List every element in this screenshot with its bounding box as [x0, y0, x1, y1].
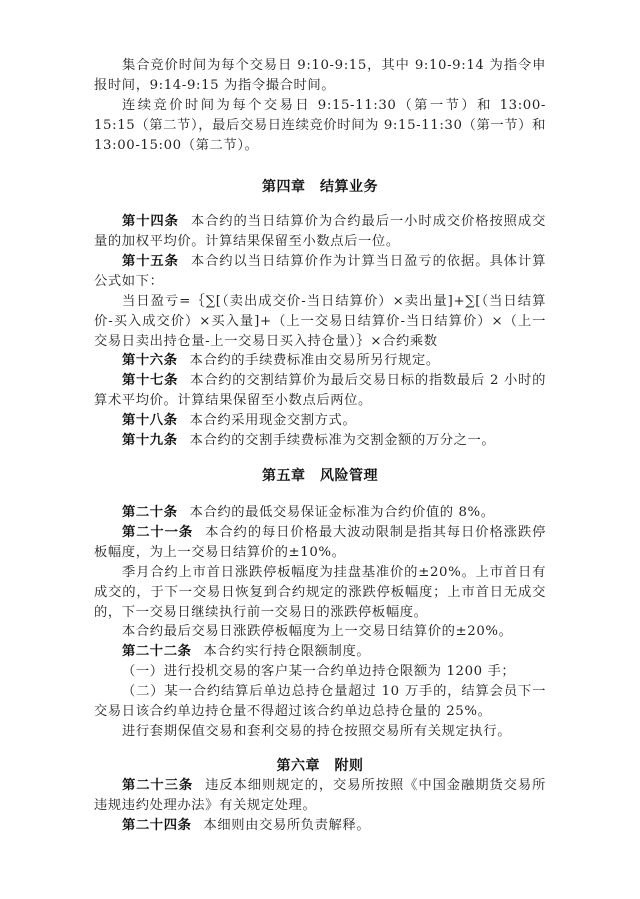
continuous-auction-paragraph: 连续竞价时间为每个交易日 9:15-11:30（第一节）和 13:00-15:1…	[94, 96, 546, 155]
article-21-limit-last-day: 本合约最后交易日涨跌停板幅度为上一交易日结算价的±20%。	[94, 622, 546, 642]
article-23: 第二十三条违反本细则规定的，交易所按照《中国金融期货交易所违规违约处理办法》有关…	[94, 776, 546, 816]
article-19: 第十九条本合约的交割手续费标准为交割金额的万分之一。	[94, 431, 546, 451]
article-label: 第二十一条	[122, 525, 193, 540]
article-15: 第十五条本合约以当日结算价作为计算当日盈亏的依据。具体计算公式如下：	[94, 252, 546, 292]
article-text: 本细则由交易所负责解释。	[203, 818, 370, 833]
article-label: 第十八条	[122, 413, 178, 428]
article-21-limit-first-day: 季月合约上市首日涨跌停板幅度为挂盘基准价的±20%。上市首日有成交的，于下一交易…	[94, 563, 546, 622]
article-label: 第二十条	[122, 505, 178, 520]
article-label: 第十四条	[122, 214, 179, 229]
chapter-4-heading: 第四章 结算业务	[94, 176, 546, 196]
call-auction-paragraph: 集合竞价时间为每个交易日 9:10-9:15，其中 9:10-9:14 为指令申…	[94, 56, 546, 96]
article-text: 本合约的交割手续费标准为交割金额的万分之一。	[190, 433, 496, 448]
article-20: 第二十条本合约的最低交易保证金标准为合约价值的 8%。	[94, 503, 546, 523]
chapter-6-heading: 第六章 附则	[94, 755, 546, 775]
article-16: 第十六条本合约的手续费标准由交易所另行规定。	[94, 351, 546, 371]
article-label: 第十九条	[122, 433, 178, 448]
article-label: 第二十三条	[122, 778, 193, 793]
article-24: 第二十四条本细则由交易所负责解释。	[94, 816, 546, 836]
article-label: 第二十四条	[122, 818, 191, 833]
article-22: 第二十二条本合约实行持仓限额制度。	[94, 642, 546, 662]
article-22-hedging: 进行套期保值交易和套利交易的持仓按照交易所有关规定执行。	[94, 722, 546, 742]
chapter-5-heading: 第五章 风险管理	[94, 465, 546, 485]
article-14: 第十四条本合约的当日结算价为合约最后一小时成交价格按照成交量的加权平均价。计算结…	[94, 212, 546, 252]
article-18: 第十八条本合约采用现金交割方式。	[94, 411, 546, 431]
article-text: 本合约采用现金交割方式。	[190, 413, 357, 428]
article-17: 第十七条本合约的交割结算价为最后交易日标的指数最后 2 小时的算术平均价。计算结…	[94, 371, 546, 411]
article-text: 本合约的手续费标准由交易所另行规定。	[190, 353, 440, 368]
daily-pnl-formula: 当日盈亏=｛∑[（卖出成交价-当日结算价）×卖出量]+∑[（当日结算价-买入成交…	[94, 292, 546, 351]
article-label: 第十五条	[122, 254, 179, 269]
article-21: 第二十一条本合约的每日价格最大波动限制是指其每日价格涨跌停板幅度，为上一交易日结…	[94, 523, 546, 563]
document-page: 集合竞价时间为每个交易日 9:10-9:15，其中 9:10-9:14 为指令申…	[0, 0, 640, 899]
article-label: 第二十二条	[122, 644, 191, 659]
article-text: 本合约实行持仓限额制度。	[203, 644, 370, 659]
article-label: 第十六条	[122, 353, 178, 368]
article-label: 第十七条	[122, 373, 178, 388]
article-text: 本合约的最低交易保证金标准为合约价值的 8%。	[190, 505, 495, 520]
article-22-item-1: （一）进行投机交易的客户某一合约单边持仓限额为 1200 手；	[94, 662, 546, 682]
article-22-item-2: （二）某一合约结算后单边总持仓量超过 10 万手的，结算会员下一交易日该合约单边…	[94, 682, 546, 722]
